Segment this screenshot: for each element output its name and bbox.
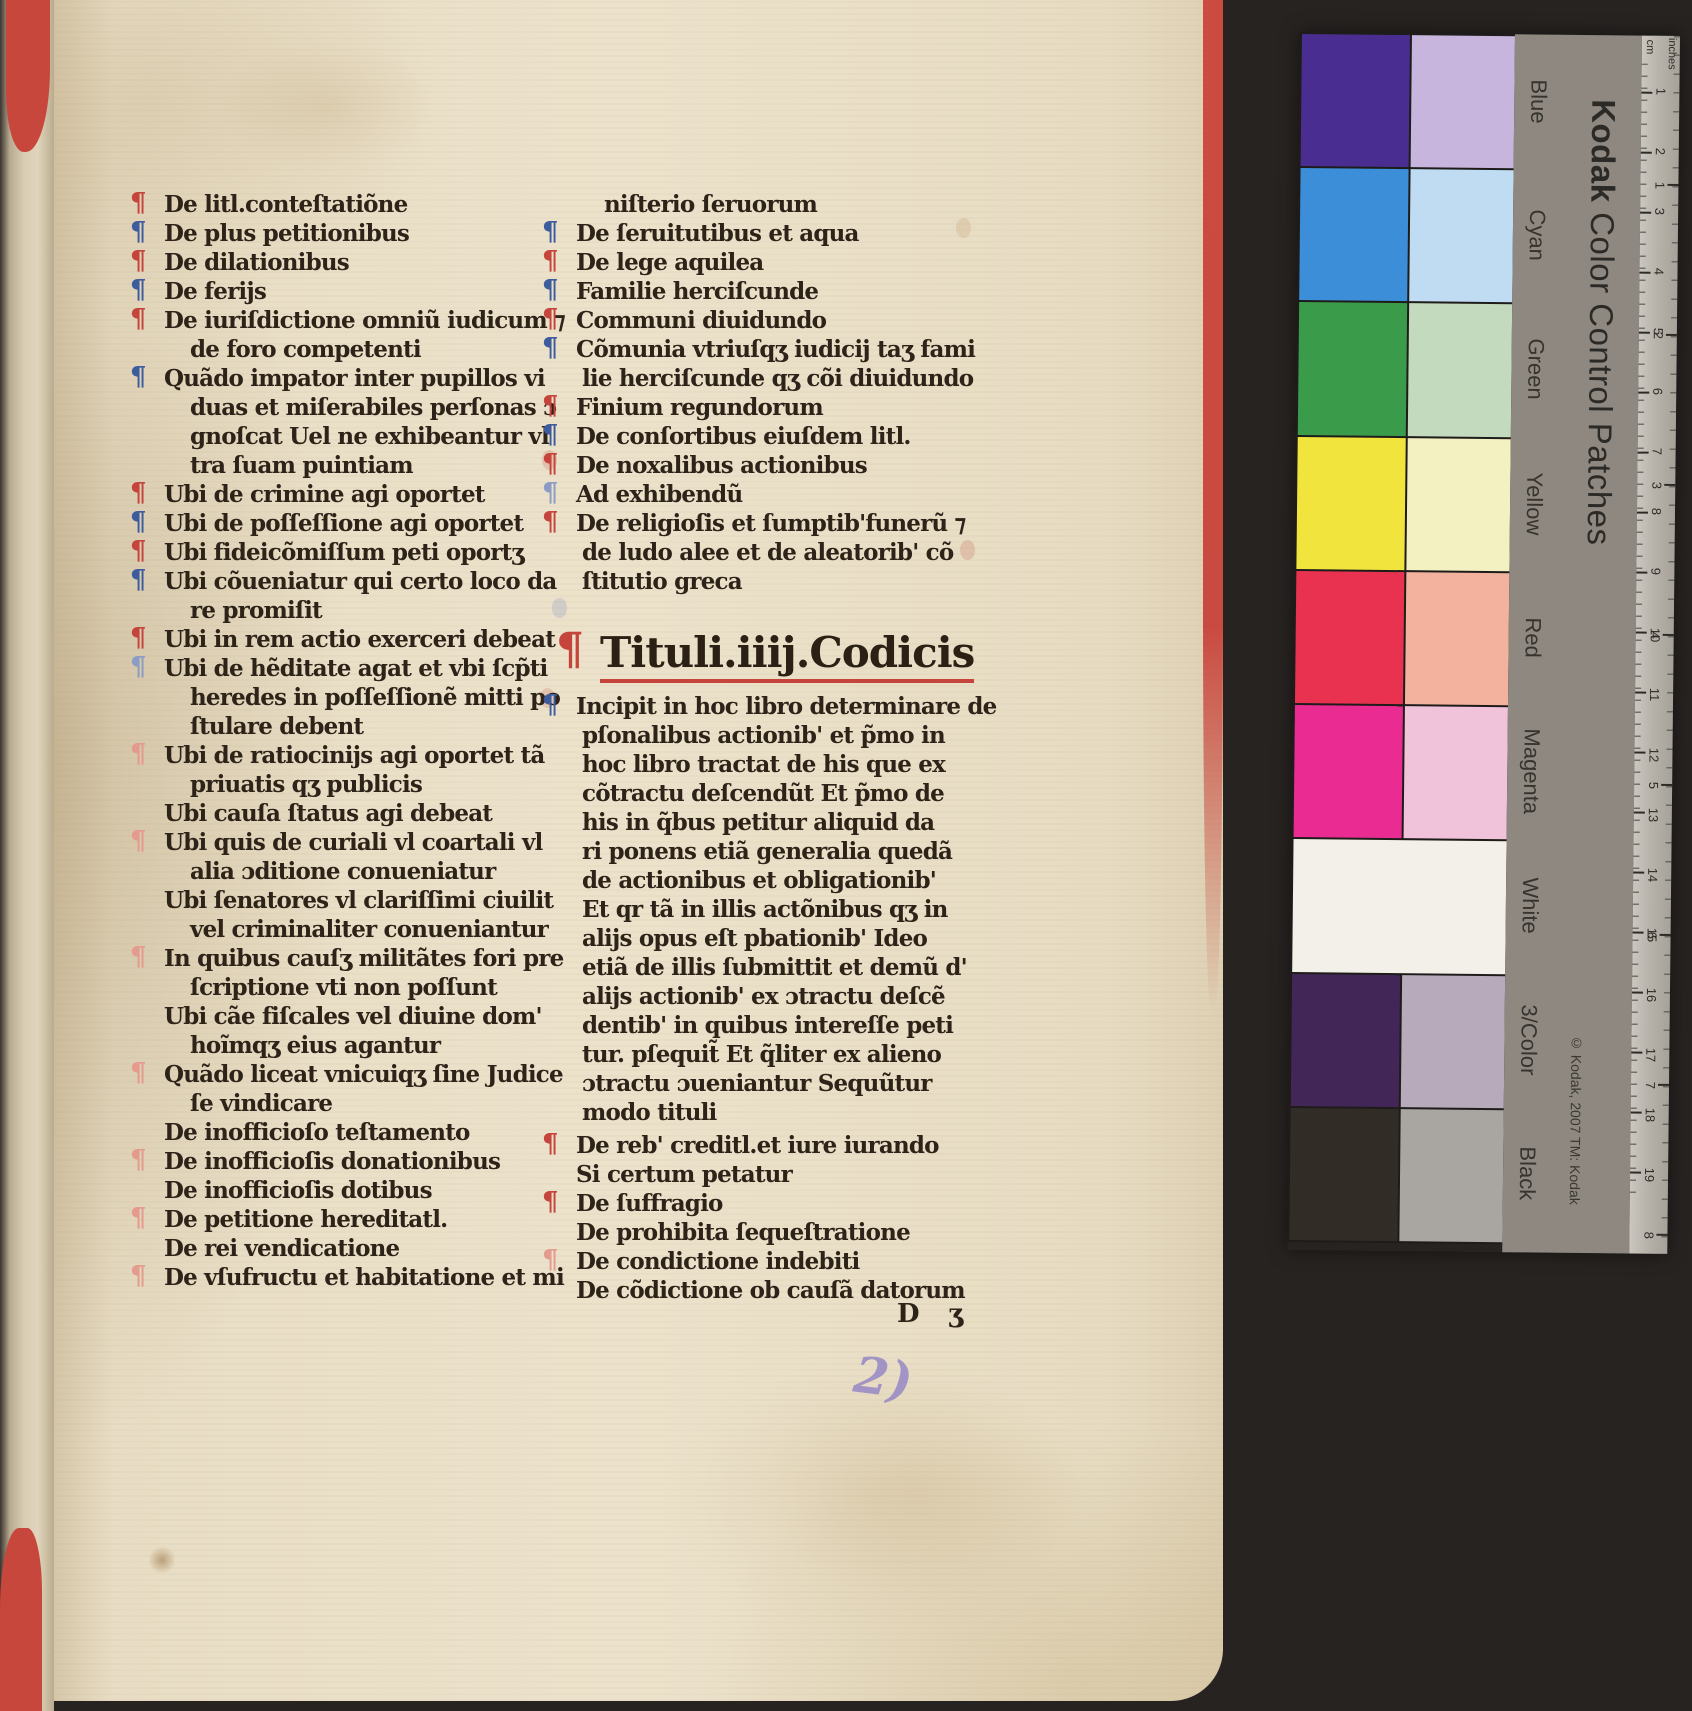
patch-row-label: Red [1514, 570, 1551, 704]
ruler-cm-tick [1641, 92, 1652, 94]
toc-line: Ubi cãe fiſcales vel diuine dom' [164, 1003, 542, 1030]
ruler-cm-tick [1637, 512, 1648, 514]
toc-line: Ubi de hẽditate agat et vbi ſcp̃ti [164, 655, 548, 682]
page-stain [214, 40, 434, 170]
toc-entry: ¶De lege aquilea [542, 248, 978, 277]
toc-line: alijs opus eſt pbationib' Ideo [582, 925, 927, 952]
pilcrow-mark: ¶ [130, 1147, 164, 1173]
toc-entry: ¶Si certum petatur [542, 1160, 978, 1189]
patch-row-label: Cyan [1518, 168, 1555, 302]
color-patch-grid [1287, 32, 1515, 1244]
intro-paragraph: ¶Incipit in hoc libro determinare depſon… [542, 692, 978, 1127]
toc-line: gnoſcat Uel ne exhibeantur vl [190, 423, 549, 450]
ruler-inch-number: 7 [1643, 1082, 1658, 1089]
ruler-cm-tick [1632, 992, 1643, 994]
ruler-cm-tick [1631, 1052, 1642, 1054]
toc-line: tur. pſequit̃ Et q̃liter ex alieno [582, 1041, 941, 1068]
toc-entry: ¶In quibus cauſʒ militãtes fori preſcrip… [130, 944, 544, 1002]
ruler-cm-tick [1635, 692, 1646, 694]
pilcrow-mark: ¶ [130, 538, 164, 564]
toc-line: heredes in poſſeſſionẽ mitti po [190, 684, 560, 711]
color-patch-red-saturated [1295, 571, 1404, 704]
ruler-inch-number: 2 [1651, 332, 1666, 339]
ruler-cm-number: 6 [1650, 388, 1665, 395]
ruler-inch-minor-ticks [1661, 36, 1680, 1241]
toc-line: priuatis qʒ publicis [190, 771, 422, 798]
color-patch-row [1292, 839, 1506, 973]
ruler-inch-tick [1667, 184, 1678, 186]
toc-entry: ¶Ubi quis de curiali vl coartali vlalia … [130, 828, 544, 886]
ink-bleed-mark [552, 598, 567, 618]
toc-line: Incipit in hoc libro determinare de [576, 693, 997, 720]
pilcrow-mark: ¶ [542, 277, 576, 303]
color-patch-black-pastel [1399, 1109, 1503, 1242]
toc-line: his in q̃bus petitur aliquid da [582, 809, 934, 836]
ruler-cm-number: 12 [1646, 748, 1661, 763]
toc-line: Ubi ſenatores vl clariſſimi ciuilit [164, 887, 553, 914]
toc-line: De inofficioſis dotibus [164, 1177, 432, 1204]
color-patch-red-pastel [1405, 572, 1509, 705]
toc-line: Ubi de ratiocinijs agi oportet tã [164, 742, 544, 769]
ruler-cm-number: 16 [1644, 988, 1659, 1003]
pilcrow-mark: ¶ [130, 219, 164, 245]
toc-entry: ¶De iuriſdictione omniũ iudicum ⁊de foro… [130, 306, 544, 364]
pilcrow-mark: ¶ [130, 190, 164, 216]
color-patch-row [1289, 1108, 1503, 1242]
patch-row-label: Green [1517, 302, 1554, 436]
pilcrow-mark: ¶ [542, 306, 576, 332]
pilcrow-mark: ¶ [542, 335, 576, 361]
toc-line: alijs actionib' ex ɔtractu deſcẽ [582, 983, 945, 1010]
ruler-cm-tick [1636, 632, 1647, 634]
signature-number: ʒ [948, 1300, 963, 1328]
toc-entry: ¶De condictione indebiti [542, 1247, 978, 1276]
color-patch-row [1296, 437, 1510, 571]
ruler-inch-tick [1660, 934, 1671, 936]
pilcrow-mark: ¶ [130, 654, 164, 680]
color-patch-blue-saturated [1301, 34, 1410, 167]
toc-entry: ¶Ubi de crimine agi oportet [130, 480, 544, 509]
toc-line: de foro competenti [190, 336, 421, 363]
toc-line: vel criminaliter conueniantur [190, 916, 548, 943]
toc-line: Ubi fideicõmiſſum peti oportʒ [164, 539, 524, 566]
toc-line: tra ſuam puintiam [190, 452, 413, 479]
toc-line: ſcriptione vti non poſſunt [190, 974, 497, 1001]
color-patch-3/color-pastel [1401, 975, 1505, 1108]
toc-line: modo tituli [582, 1099, 717, 1126]
toc-line: cõtractu deſcendũt Et p̃mo de [582, 780, 944, 807]
ruler-cm-label: cm [1644, 40, 1656, 55]
toc-line: Ubi cõueniatur qui certo loco da [164, 568, 557, 595]
ruler-cm-number: 18 [1643, 1108, 1658, 1123]
pilcrow-mark: ¶ [542, 219, 576, 245]
ruler-cm-number: 4 [1651, 268, 1666, 275]
color-patch-yellow-pastel [1406, 438, 1510, 571]
ruler-inch-tick [1664, 484, 1675, 486]
pilcrow-mark: ¶ [130, 828, 164, 854]
toc-entry: ¶De inofficioſis dotibus [130, 1176, 544, 1205]
ruler-cm-number: 3 [1652, 208, 1667, 215]
toc-entry: ¶Ubi cauſa ſtatus agi debeat [130, 799, 544, 828]
pilcrow-mark: ¶ [130, 480, 164, 506]
toc-line: Ad exhibendũ [576, 481, 742, 508]
toc-line: Quãdo liceat vnicuiqʒ ſine Judice [164, 1061, 563, 1088]
pilcrow-mark: ¶ [542, 422, 576, 448]
color-patch-row [1301, 34, 1515, 168]
pilcrow-mark: ¶ [542, 248, 576, 274]
pilcrow-mark: ¶ [542, 1247, 576, 1273]
card-copyright: © Kodak, 2007 TM: Kodak [1565, 1035, 1587, 1205]
toc-line: Ubi de poſſeſſione agi oportet [164, 510, 523, 537]
color-patch-row [1294, 705, 1508, 839]
toc-line: ɔtractu ɔueniantur Sequũtur [582, 1070, 932, 1097]
toc-entry: ¶De ſeruitutibus et aqua [542, 219, 978, 248]
toc-entry: ¶Ubi de ratiocinijs agi oportet tãpriuat… [130, 741, 544, 799]
pilcrow-mark: ¶ [130, 248, 164, 274]
ruler-cm-number: 19 [1642, 1168, 1657, 1183]
ruler-inch-number: 5 [1646, 782, 1661, 789]
ruler-cm-tick [1633, 932, 1644, 934]
red-painted-edge-bottom [0, 1528, 42, 1711]
pilcrow-mark: ¶ [130, 567, 164, 593]
card-title-rest: Color Control Patches [1581, 202, 1622, 545]
patch-row-label: Yellow [1515, 436, 1552, 570]
pilcrow-mark: ¶ [542, 509, 576, 535]
ruler-cm-number: 8 [1649, 508, 1664, 515]
toc-entry: ¶Ad exhibendũ [542, 480, 978, 509]
toc-entry: ¶Communi diuidundo [542, 306, 978, 335]
toc-entry: ¶De ſuffragio [542, 1189, 978, 1218]
ruler-inch-number: 6 [1645, 932, 1660, 939]
toc-line: De prohibita ſequeſtratione [576, 1219, 910, 1246]
toc-line: hoc libro tractat de his que ex [582, 751, 945, 778]
toc-entry: ¶De petitione hereditatl. [130, 1205, 544, 1234]
toc-entry: ¶De litl.conteſtatiõne [130, 190, 544, 219]
toc-line: Si certum petatur [576, 1161, 792, 1188]
pilcrow-mark: ¶ [542, 393, 576, 419]
pilcrow-mark: ¶ [556, 628, 600, 672]
ruler-inch-number: 3 [1649, 482, 1664, 489]
section-heading-text: Tituli.iiij.Codicis [600, 628, 974, 683]
toc-entry: ¶De inofficioſo teſtamento [130, 1118, 544, 1147]
ruler-cm-tick [1639, 332, 1650, 334]
toc-line: ſtulare debent [190, 713, 363, 740]
toc-line: De condictione indebiti [576, 1248, 860, 1275]
ruler-cm-tick [1636, 572, 1647, 574]
toc-line: De plus petitionibus [164, 220, 409, 247]
toc-entry: ¶De plus petitionibus [130, 219, 544, 248]
toc-entry: ¶De inofficioſis donationibus [130, 1147, 544, 1176]
toc-line: re promiſit [190, 597, 322, 624]
toc-line: etiã de illis ſubmittit et demũ d' [582, 954, 967, 981]
quire-signature-mark: D ʒ [897, 1300, 963, 1328]
patch-row-label: 3/Color [1510, 972, 1547, 1106]
ruler-cm-tick [1634, 812, 1645, 814]
toc-entry: ¶Quãdo impator inter pupillos viduas et … [130, 364, 544, 480]
ruler-cm-tick [1633, 872, 1644, 874]
toc-line: De inofficioſo teſtamento [164, 1119, 470, 1146]
toc-entry: ¶De religioſis et ſumptib'funerũ ⁊de lud… [542, 509, 978, 596]
color-patch-yellow-saturated [1296, 437, 1405, 570]
toc-line: lie herciſcunde qʒ cõi diuidundo [582, 365, 973, 392]
color-patch-row [1291, 974, 1505, 1108]
toc-line: De lege aquilea [576, 249, 763, 276]
toc-line: Quãdo impator inter pupillos vi [164, 365, 545, 392]
pilcrow-mark: ¶ [130, 1263, 164, 1289]
toc-line: De ſuffragio [576, 1190, 723, 1217]
toc-line: alia ɔditione conueniatur [190, 858, 495, 885]
kodak-color-card: Kodak Color Control Patches © Kodak, 200… [1287, 32, 1680, 1254]
toc-line: de ludo alee et de aleatorib' cõ [582, 539, 953, 566]
toc-line: Ubi quis de curiali vl coartali vl [164, 829, 542, 856]
toc-entry: ¶De rei vendicatione [130, 1234, 544, 1263]
toc-entry: ¶Ubi ſenatores vl clariſſimi ciuilitvel … [130, 886, 544, 944]
color-patch-row [1295, 571, 1509, 705]
ruler-cm-number: 9 [1648, 568, 1663, 575]
ruler-inch-number: 4 [1648, 632, 1663, 639]
color-patch-green-pastel [1408, 304, 1512, 437]
toc-line: De reb' creditl.et iure iurando [576, 1132, 939, 1159]
toc-line: duas et miſerabiles perſonas ɔ [190, 394, 556, 421]
pilcrow-mark: ¶ [130, 1205, 164, 1231]
pilcrow-mark: ¶ [542, 451, 576, 477]
ruler-inch-number: 1 [1652, 182, 1667, 189]
toc-line: hoĩmqʒ eius agantur [190, 1032, 440, 1059]
toc-line: Ubi cauſa ſtatus agi debeat [164, 800, 492, 827]
section-heading: ¶Tituli.iiij.Codicis [556, 628, 974, 683]
ruler-cm-tick [1638, 392, 1649, 394]
toc-entry: ¶Familie herciſcunde [542, 277, 978, 306]
toc-entry: ¶De vſufructu et habitatione et mi [130, 1263, 544, 1292]
toc-line: In quibus cauſʒ militãtes fori pre [164, 945, 563, 972]
toc-entry: ¶De prohibita ſequeſtratione [542, 1218, 978, 1247]
color-patch-magenta-pastel [1404, 706, 1508, 839]
toc-line: ri ponens etiã generalia quedã [582, 838, 952, 865]
color-patch-magenta-saturated [1294, 705, 1403, 838]
toc-line: De petitione hereditatl. [164, 1206, 447, 1233]
toc-line: Finium regundorum [576, 394, 823, 421]
toc-entry: ¶Ubi in rem actio exerceri debeat [130, 625, 544, 654]
ruler-cm-number: 14 [1645, 868, 1660, 883]
pilcrow-mark: ¶ [542, 692, 576, 718]
ruler-inch-number: 8 [1641, 1232, 1656, 1239]
pilcrow-mark: ¶ [542, 480, 576, 506]
toc-line: niſterio ſeruorum [604, 191, 817, 218]
pilcrow-mark: ¶ [130, 306, 164, 332]
card-label-strip: Kodak Color Control Patches © Kodak, 200… [1502, 34, 1642, 1253]
pilcrow-mark: ¶ [542, 1189, 576, 1215]
toc-entry: ¶Cõmunia vtriuſqʒ iudicij taʒ familie he… [542, 335, 978, 393]
toc-line: ſtitutio greca [582, 568, 742, 595]
signature-letter: D [897, 1300, 920, 1328]
color-patch-cyan-saturated [1299, 168, 1408, 301]
toc-line: De religioſis et ſumptib'funerũ ⁊ [576, 510, 965, 537]
ruler-cm-tick [1634, 752, 1645, 754]
color-patch-green-saturated [1298, 302, 1407, 435]
pilcrow-mark: ¶ [130, 509, 164, 535]
pilcrow-mark: ¶ [542, 1131, 576, 1157]
toc-entry: ¶De conſortibus eiuſdem litl. [542, 422, 978, 451]
toc-entry: ¶Ubi cõueniatur qui certo loco dare prom… [130, 567, 544, 625]
toc-entry: ¶Ubi de hẽditate agat et vbi ſcp̃tihered… [130, 654, 544, 741]
ruler-cm-number: 7 [1650, 448, 1665, 455]
toc-line: Ubi de crimine agi oportet [164, 481, 485, 508]
patch-row-label: Black [1508, 1106, 1545, 1240]
toc-line: Communi diuidundo [576, 307, 826, 334]
ruler-cm-number: 11 [1647, 688, 1662, 702]
toc-entry: ¶Incipit in hoc libro determinare depſon… [542, 692, 978, 1127]
ruler-cm-tick [1639, 272, 1650, 274]
toc-line: De litl.conteſtatiõne [164, 191, 407, 218]
pilcrow-mark: ¶ [130, 944, 164, 970]
toc-line: De vſufructu et habitatione et mi [164, 1264, 564, 1291]
pilcrow-mark: ¶ [130, 741, 164, 767]
toc-line: De iuriſdictione omniũ iudicum ⁊ [164, 307, 565, 334]
toc-entry: ¶Ubi fideicõmiſſum peti oportʒ [130, 538, 544, 567]
toc-line: De ſeruitutibus et aqua [576, 220, 859, 247]
color-patch-3/color-saturated [1291, 974, 1400, 1107]
ruler-cm-number: 17 [1643, 1048, 1658, 1063]
page-stain [149, 1545, 175, 1575]
toc-line: De inofficioſis donationibus [164, 1148, 500, 1175]
toc-entry: ¶De dilationibus [130, 248, 544, 277]
toc-entry: ¶De reb' creditl.et iure iurando [542, 1131, 978, 1160]
ruler-cm-tick [1631, 1112, 1642, 1114]
toc-line: Familie herciſcunde [576, 278, 818, 305]
ruler-cm-number: 1 [1653, 88, 1668, 95]
toc-line: De dilationibus [164, 249, 349, 276]
ruler-inch-tick [1663, 634, 1674, 636]
color-patch-blue-pastel [1411, 35, 1515, 168]
patch-row-label: White [1511, 838, 1548, 972]
toc-line: Ubi in rem actio exerceri debeat [164, 626, 555, 653]
pilcrow-mark: ¶ [130, 364, 164, 390]
ruler-inch-tick [1661, 784, 1672, 786]
ruler-inch-tick [1666, 334, 1677, 336]
color-patch-black-saturated [1289, 1108, 1398, 1241]
pilcrow-mark: ¶ [130, 277, 164, 303]
toc-line: de actionibus et obligationib' [582, 867, 936, 894]
page-stain [754, 1380, 1084, 1600]
toc-line: ſe vindicare [190, 1090, 332, 1117]
toc-line: De conſortibus eiuſdem litl. [576, 423, 911, 450]
patch-row-label: Magenta [1513, 704, 1550, 838]
ruler-inch-tick [1656, 1234, 1667, 1236]
red-painted-fore-edge [1203, 0, 1223, 1010]
toc-entry: ¶Ubi de poſſeſſione agi oportet [130, 509, 544, 538]
ruler-inches-label: inches [1666, 38, 1678, 70]
toc-entry: ¶De ferijs [130, 277, 544, 306]
toc-line: De ferijs [164, 278, 266, 305]
toc-line: Cõmunia vtriuſqʒ iudicij taʒ fami [576, 336, 975, 363]
ruler-inch-tick [1658, 1084, 1669, 1086]
toc-column-right-bottom: ¶De reb' creditl.et iure iurando¶Si cert… [542, 1131, 978, 1305]
handwritten-folio-number: 2) [851, 1349, 915, 1408]
pilcrow-mark: ¶ [130, 625, 164, 651]
toc-line: pſonalibus actionib' et p̃mo in [582, 722, 945, 749]
card-title: Kodak Color Control Patches [1566, 99, 1637, 546]
toc-entry: ¶Finium regundorum [542, 393, 978, 422]
toc-line: De rei vendicatione [164, 1235, 399, 1262]
color-patch-row [1299, 168, 1513, 302]
card-brand: Kodak [1584, 99, 1622, 203]
toc-line: De noxalibus actionibus [576, 452, 867, 479]
pilcrow-mark: ¶ [130, 1060, 164, 1086]
toc-entry: ¶De noxalibus actionibus [542, 451, 978, 480]
ruler-cm-number: 2 [1653, 148, 1668, 155]
toc-entry: ¶Ubi cãe fiſcales vel diuine dom'hoĩmqʒ … [130, 1002, 544, 1060]
ruler-cm-tick [1641, 152, 1652, 154]
toc-entry: ¶niſterio ſeruorum [542, 190, 978, 219]
toc-line: Et qr tã in illis actõnibus qʒ in [582, 896, 948, 923]
toc-line: dentib' in quibus intereſſe peti [582, 1012, 953, 1039]
toc-column-left: ¶De litl.conteſtatiõne¶De plus petitioni… [130, 190, 544, 1292]
color-patch-white [1292, 839, 1506, 973]
ruler-cm-number: 13 [1646, 808, 1661, 823]
ruler-cm-tick [1640, 212, 1651, 214]
color-patch-cyan-pastel [1409, 169, 1513, 302]
toc-column-right: ¶niſterio ſeruorum¶De ſeruitutibus et aq… [542, 190, 978, 596]
ruler-cm-tick [1630, 1172, 1641, 1174]
patch-row-label: Blue [1520, 34, 1557, 168]
color-patch-row [1298, 302, 1512, 436]
ruler-cm-tick [1638, 452, 1649, 454]
toc-entry: ¶Quãdo liceat vnicuiqʒ ſine Judiceſe vin… [130, 1060, 544, 1118]
previous-page-edge [0, 0, 54, 1711]
